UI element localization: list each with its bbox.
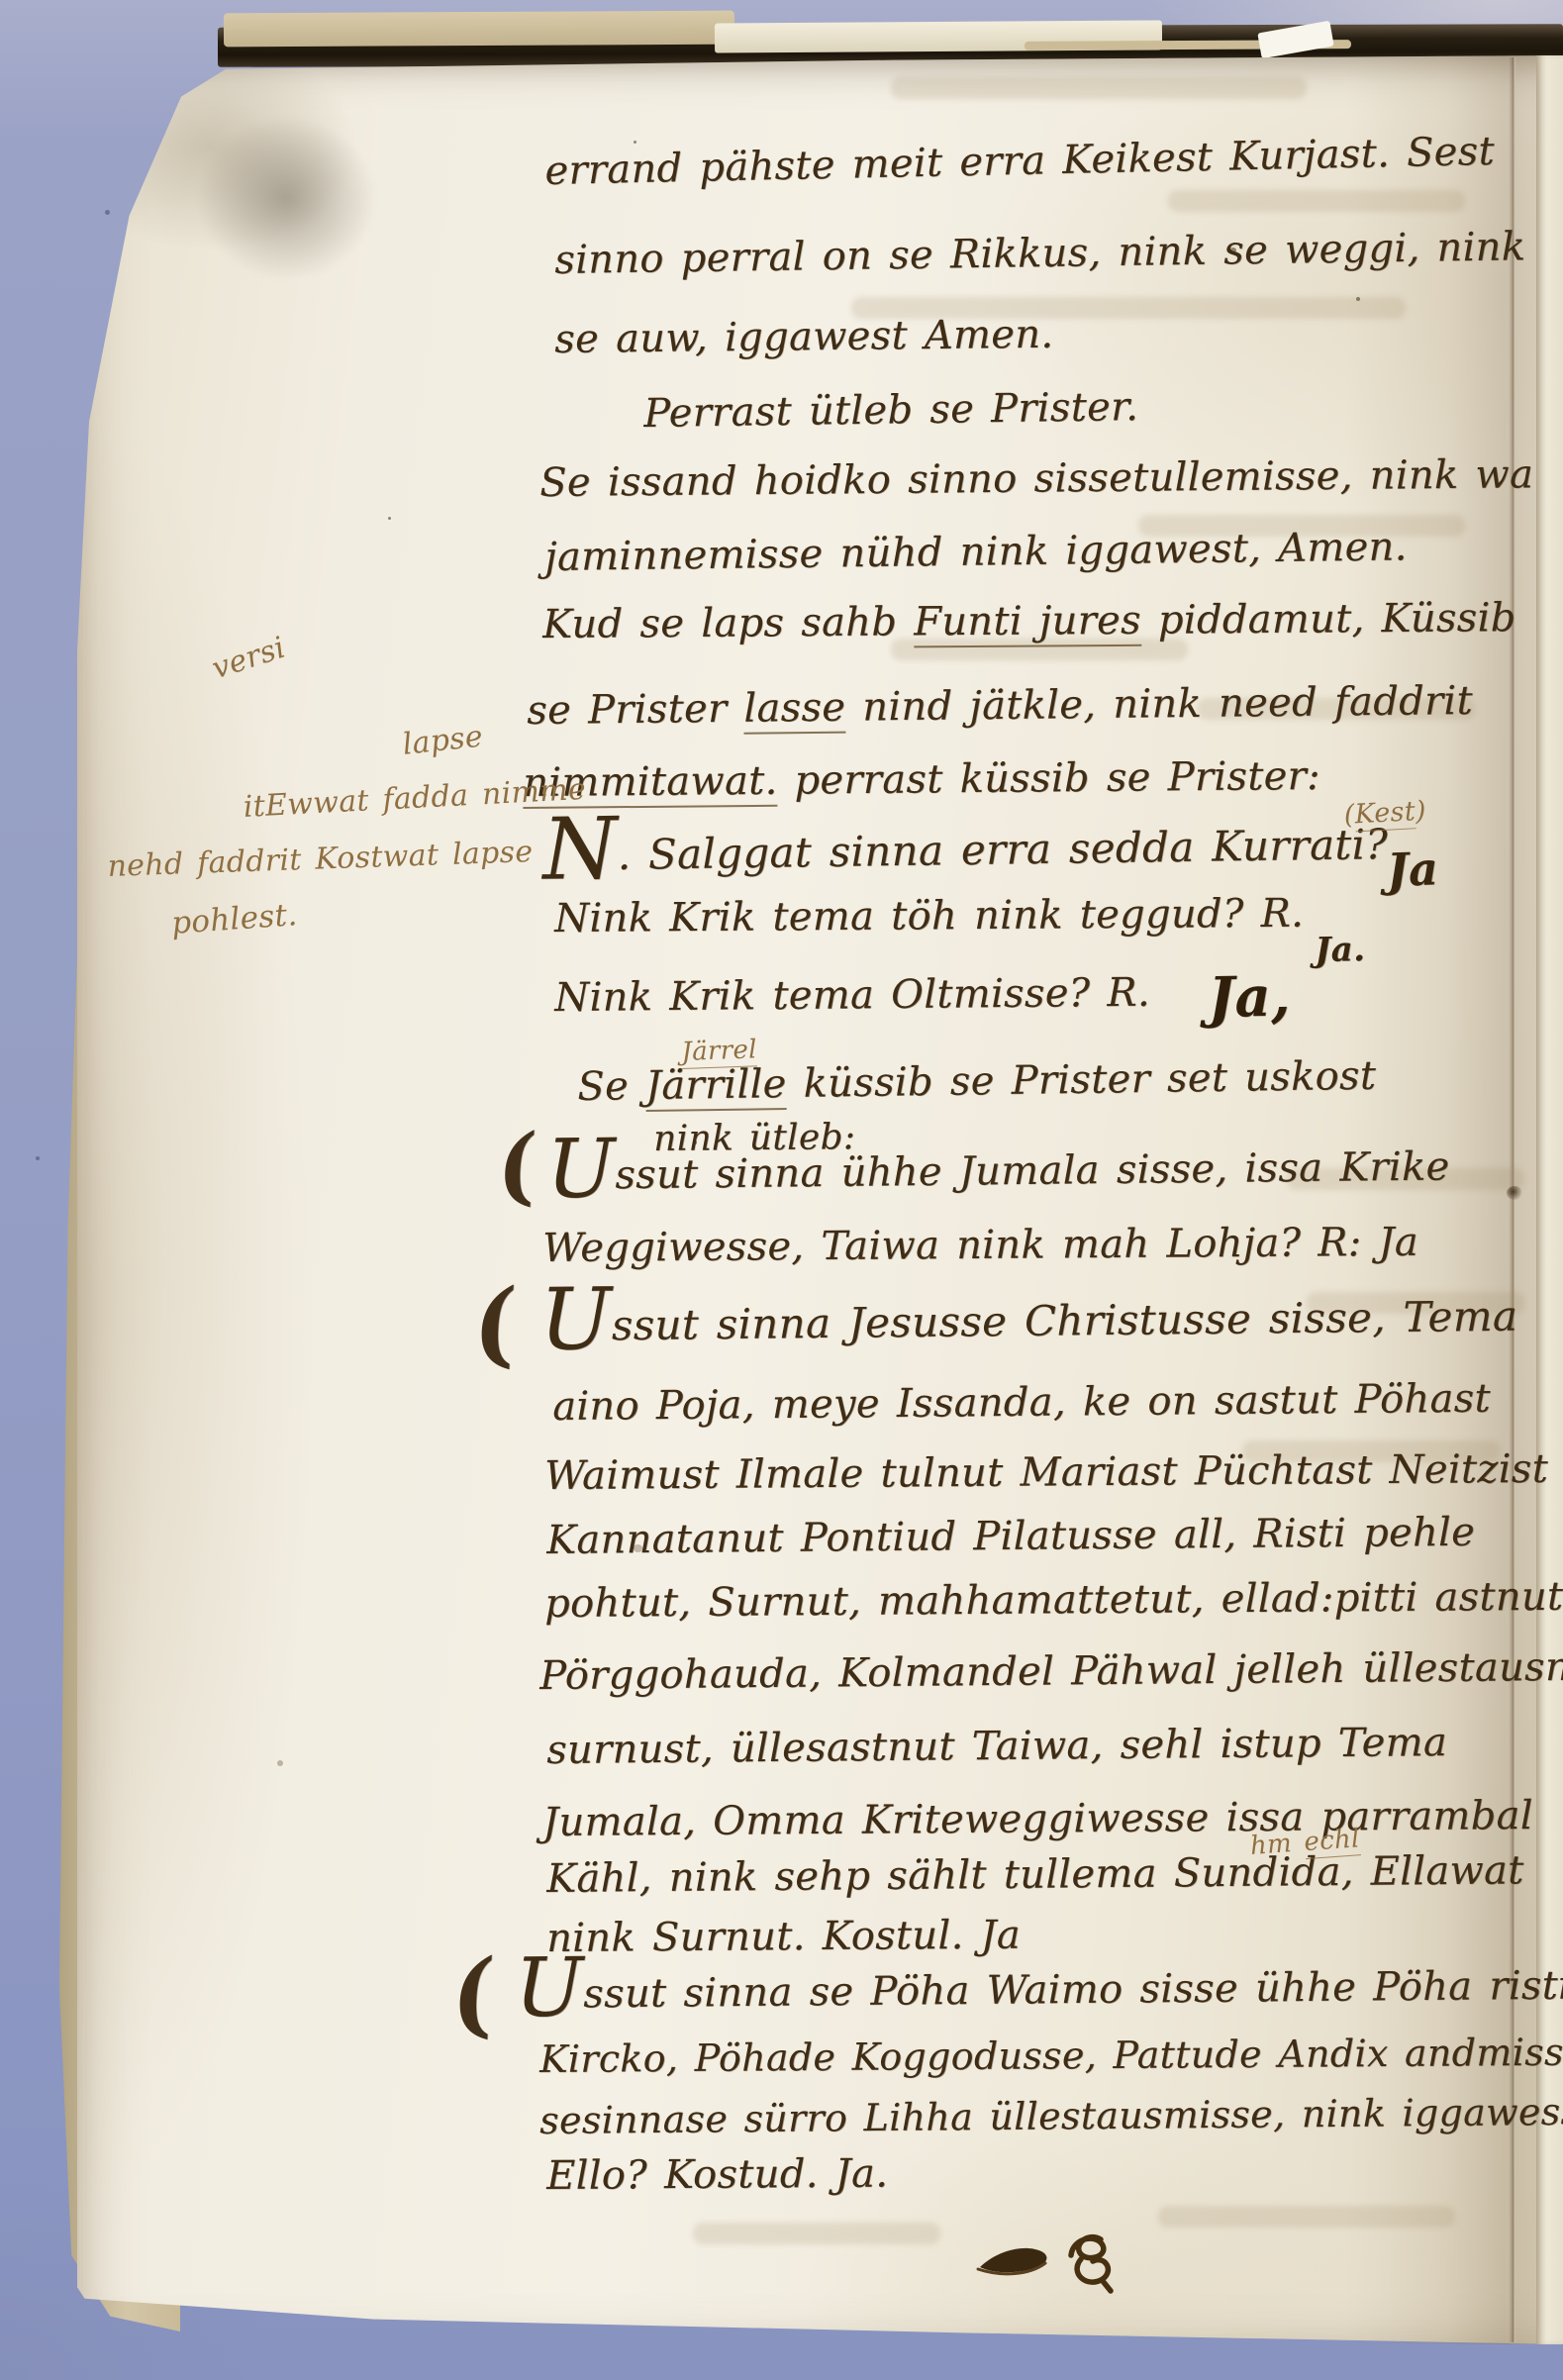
text-line: Ussut sinna ühhe Jumala sisse, issa Krik… (546, 1143, 1450, 1199)
text-line: Ello? Kostud. Ja. (546, 2151, 888, 2199)
text-line: nimmitawat. perrast küssib se Prister: (523, 753, 1320, 806)
text-line: Kud se laps sahb Funti jures piddamut, K… (542, 595, 1516, 647)
text-line: Kannatanut Pontiud Pilatusse all, Risti … (546, 1510, 1475, 1563)
text-line: pohtut, Surnut, mahhamattetut, ellad:pit… (544, 1574, 1563, 1627)
margin-note: nehd faddrit Kostwat lapse (107, 835, 534, 884)
text-line: Ussut sinna Jesusse Christusse sisse, Te… (539, 1292, 1517, 1350)
margin-note: versi (208, 631, 290, 687)
text-line: sinno perral on se Rikkus, nink se weggi… (554, 224, 1526, 283)
opening-flourish: ( (490, 1115, 542, 1218)
interlinear-note: hm echl (1249, 1824, 1361, 1861)
margin-note: pohlest. (170, 897, 299, 942)
text-line: Se issand hoidko sinno sissetullemisse, … (539, 451, 1533, 506)
text-line: jaminnemisse nühd nink iggawest, Amen. (544, 524, 1408, 580)
text-line: N. Salggat sinna erra sedda Kurrati? (542, 820, 1388, 880)
answer-ja: Ja (1386, 842, 1439, 897)
text-line: nink Surnut. Kostul. Ja (546, 1913, 1021, 1961)
interlinear-note: Järrel (681, 1035, 757, 1067)
text-line: Perrast ütleb se Prister. (643, 384, 1138, 437)
text-line: Kähl, nink sehp sählt tullema Sundida, E… (546, 1847, 1524, 1902)
text-line: Weggiwesse, Taiwa nink mah Lohja? R: Ja (542, 1220, 1418, 1271)
margin-note: lapse (401, 719, 485, 761)
text-line: Jumala, Omma Kriteweggiwesse issa parram… (542, 1793, 1533, 1845)
text-line: Ussut sinna se Pöha Waimo sisse ühhe Pöh… (515, 1963, 1563, 2018)
answer-ja: Ja. (1315, 930, 1366, 970)
text-line: Nink Krik tema töh nink teggud? R. (554, 891, 1304, 942)
text-line: Pörggohauda, Kolmandel Pähwal jelleh üll… (539, 1644, 1563, 1699)
text-line: se Prister lasse nind jätkle, nink need … (527, 678, 1473, 734)
answer-ja: Ja, (1208, 964, 1291, 1031)
text-line: se auw, iggawest Amen. (554, 312, 1054, 362)
opening-flourish: ( (443, 1939, 501, 2051)
text-line: Nink Krik tema Oltmisse? R. (554, 970, 1150, 1021)
opening-flourish: ( (465, 1269, 523, 1381)
interlinear-note: (Kest) (1343, 796, 1427, 831)
margin-note: itEwwat fadda nimme (243, 772, 587, 825)
end-flourish-mark (972, 2226, 1140, 2300)
text-line: errand pähste meit erra Keikest Kurjast.… (544, 129, 1495, 194)
text-line: Waimust Ilmale tulnut Mariast Püchtast N… (544, 1446, 1548, 1499)
text-line: surnust, üllesastnut Taiwa, sehl istup T… (546, 1720, 1447, 1773)
text-line: sesinnase sürro Lihha üllestausmisse, ni… (539, 2090, 1563, 2142)
text-line: Kircko, Pöhade Koggodusse, Pattude Andix… (539, 2031, 1563, 2081)
manuscript-scan: errand pähste meit erra Keikest Kurjast.… (0, 0, 1563, 2380)
text-line: aino Poja, meye Issanda, ke on sastut Pö… (552, 1376, 1491, 1430)
handwriting-layer: errand pähste meit erra Keikest Kurjast.… (0, 0, 1563, 2380)
